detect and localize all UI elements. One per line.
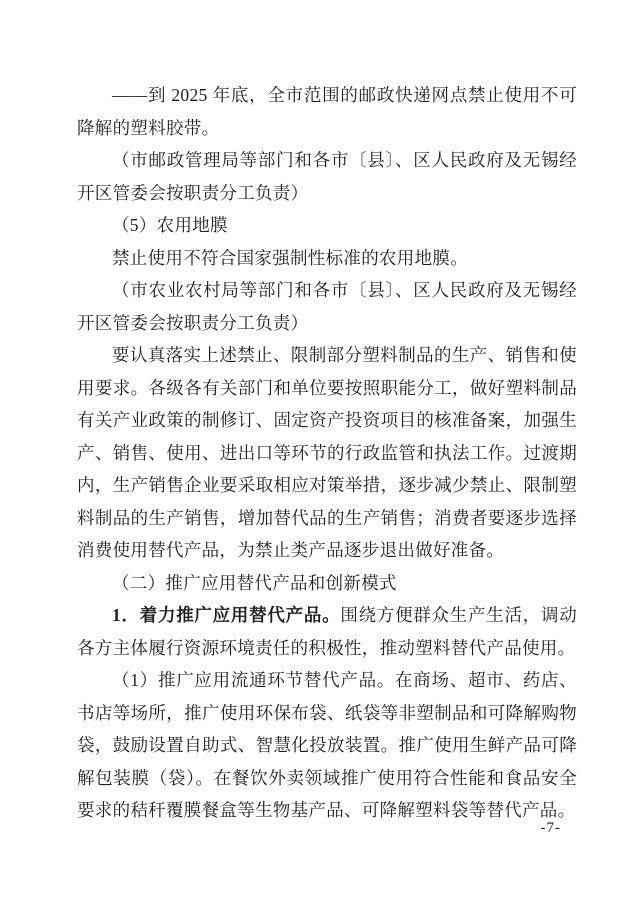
paragraph-item-5-heading: （5）农用地膜	[77, 209, 577, 242]
paragraph-sub-point-1: （1）推广应用流通环节替代产品。在商场、超市、药店、书店等场所，推广使用环保布袋…	[77, 664, 577, 827]
page-number: -7-	[541, 818, 562, 838]
document-body: ——到 2025 年底，全市范围的邮政快递网点禁止使用不可降解的塑料胶带。 （市…	[77, 79, 577, 827]
text-run: （5）农用地膜	[112, 215, 228, 235]
text-run: （1）推广应用流通环节替代产品。在商场、超市、药店、书店等场所，推广使用环保布袋…	[77, 670, 577, 820]
paragraph-responsibility-note-postal: （市邮政管理局等部门和各市〔县〕、区人民政府及无锡经开区管委会按职责分工负责）	[77, 144, 577, 209]
text-run: ——到 2025 年底，全市范围的邮政快递网点禁止使用不可降解的塑料胶带。	[77, 85, 577, 138]
text-run: 要认真落实上述禁止、限制部分塑料制品的生产、销售和使用要求。各级各有关部门和单位…	[77, 345, 577, 560]
text-run: （市邮政管理局等部门和各市〔县〕、区人民政府及无锡经开区管委会按职责分工负责）	[77, 150, 577, 203]
text-run: 禁止使用不符合国家强制性标准的农用地膜。	[112, 248, 468, 268]
bold-text-run: 1．着力推广应用替代产品。	[112, 605, 340, 625]
paragraph-item-5-body: 禁止使用不符合国家强制性标准的农用地膜。	[77, 242, 577, 275]
paragraph-dash-item-postal-tape: ——到 2025 年底，全市范围的邮政快递网点禁止使用不可降解的塑料胶带。	[77, 79, 577, 144]
text-run: （二）推广应用替代产品和创新模式	[112, 573, 397, 593]
paragraph-section-2-heading: （二）推广应用替代产品和创新模式	[77, 567, 577, 600]
text-run: （市农业农村局等部门和各市〔县〕、区人民政府及无锡经开区管委会按职责分工负责）	[77, 280, 577, 333]
document-page: ——到 2025 年底，全市范围的邮政快递网点禁止使用不可降解的塑料胶带。 （市…	[0, 0, 640, 905]
paragraph-implementation: 要认真落实上述禁止、限制部分塑料制品的生产、销售和使用要求。各级各有关部门和单位…	[77, 339, 577, 567]
paragraph-point-1: 1．着力推广应用替代产品。围绕方便群众生产生活，调动各方主体履行资源环境责任的积…	[77, 599, 577, 664]
paragraph-responsibility-note-agriculture: （市农业农村局等部门和各市〔县〕、区人民政府及无锡经开区管委会按职责分工负责）	[77, 274, 577, 339]
